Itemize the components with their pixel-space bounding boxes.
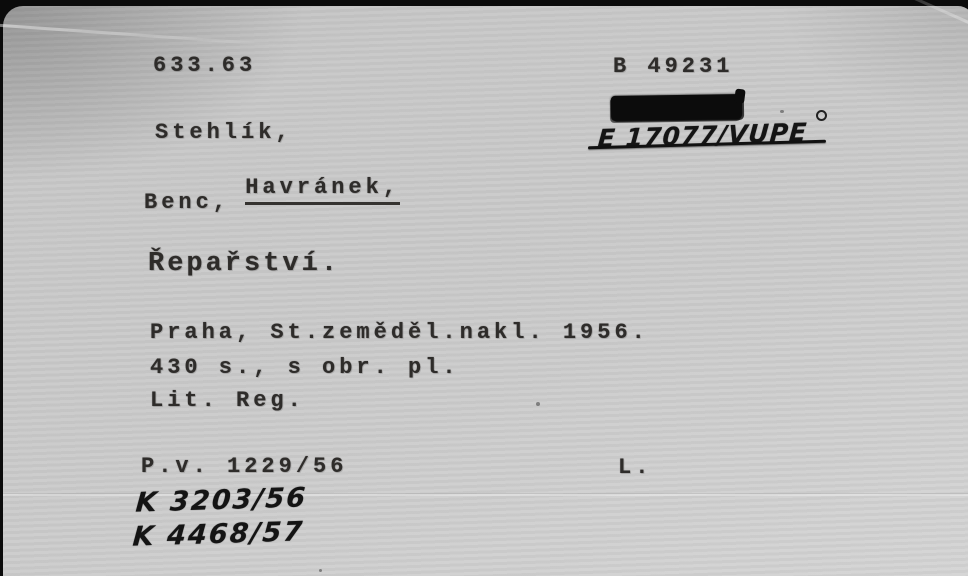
paper-crease-top-left xyxy=(0,24,295,48)
ring-annotation-mark xyxy=(816,110,827,121)
paper-crease-top-right xyxy=(857,0,968,35)
shelfmark-number: B 49231 xyxy=(613,56,733,78)
catalog-card-scan: 633.63 B 49231 E 17077/VUPE Stehlík, Hav… xyxy=(0,0,968,576)
ink-speck xyxy=(319,569,322,572)
author-name-1: Stehlík, xyxy=(155,122,293,144)
accession-number-2: K 4468/57 xyxy=(132,518,305,550)
underlined-author: Havránek, xyxy=(245,175,400,205)
imprint-line: Praha, St.zeměděl.nakl. 1956. xyxy=(150,322,649,344)
ink-speck xyxy=(536,402,540,406)
author-name-3: Benc, xyxy=(144,192,230,214)
classification-number: 633.63 xyxy=(153,55,256,77)
letter-mark: L. xyxy=(618,457,652,479)
catalog-card: 633.63 B 49231 E 17077/VUPE Stehlík, Hav… xyxy=(3,6,968,576)
notes-line: Lit. Reg. xyxy=(150,390,305,412)
order-number: P.v. 1229/56 xyxy=(141,456,347,478)
accession-number-1: K 3203/56 xyxy=(135,484,308,516)
ink-speck xyxy=(780,110,784,113)
book-title: Řepařství. xyxy=(148,251,340,278)
collation-line: 430 s., s obr. pl. xyxy=(150,357,460,379)
redaction-mark xyxy=(611,94,742,121)
